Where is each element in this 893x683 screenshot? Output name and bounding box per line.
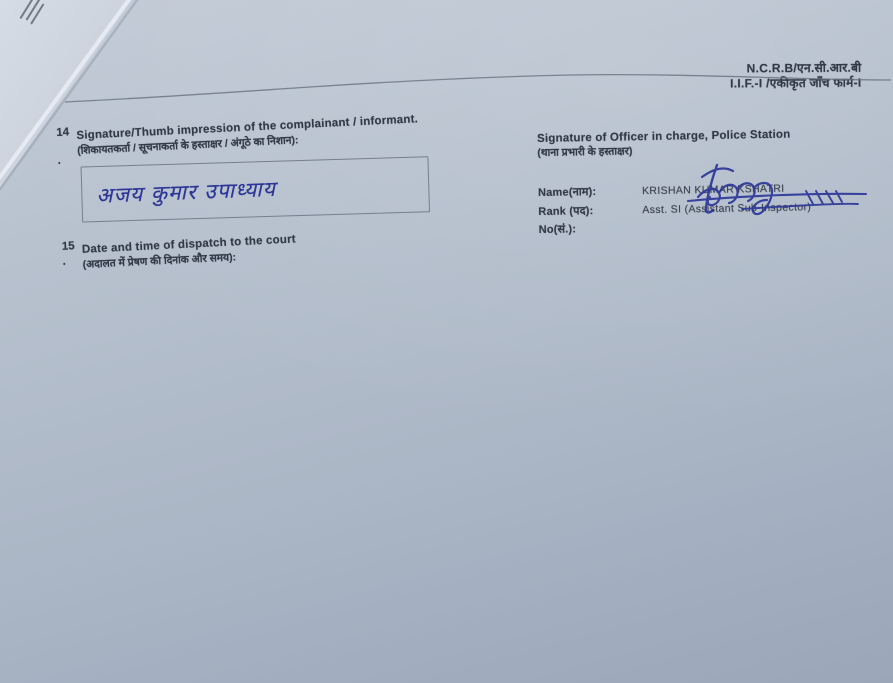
item-15-dot: .: [62, 255, 83, 269]
underlying-sheet-tiny-text: [16, 0, 57, 28]
rank-label: Rank (पद):: [538, 201, 642, 221]
form-header: N.C.R.B/एन.सी.आर.बी I.I.F.-I /एकीकृत जाँ…: [729, 61, 861, 92]
item-14-marker: 14 .: [56, 126, 78, 168]
rank-value: Asst. SI (Assistant Sub-Inspector): [642, 198, 811, 219]
complainant-column: 14 . Signature/Thumb impression of the c…: [56, 107, 473, 273]
scanned-fir-document-photo: N.C.R.B/एन.सी.आर.बी I.I.F.-I /एकीकृत जाँ…: [0, 0, 893, 683]
item-14-number: 14: [56, 126, 69, 139]
item-14: 14 . Signature/Thumb impression of the c…: [56, 107, 471, 241]
iif-form-line: I.I.F.-I /एकीकृत जाँच फार्म-I: [730, 76, 862, 92]
complainant-signature-handwriting: अजय कुमार उपाध्याय: [82, 173, 276, 210]
item-14-dot: .: [57, 154, 78, 168]
officer-fields: Name(नाम): KRISHAN KUMAR KSHATRI Rank (प…: [538, 178, 879, 239]
item-15-number: 15: [62, 240, 75, 253]
ink-and-lines-overlay: [0, 0, 893, 683]
name-label: Name(नाम):: [538, 182, 642, 202]
name-value: KRISHAN KUMAR KSHATRI: [642, 180, 785, 201]
complainant-signature-box: अजय कुमार उपाध्याय: [81, 156, 431, 222]
no-label: No(सं.):: [539, 219, 643, 239]
item-15-marker: 15 .: [62, 240, 83, 269]
ncrb-org-line: N.C.R.B/एन.सी.आर.बी: [729, 61, 861, 77]
officer-column: Signature of Officer in charge, Police S…: [537, 127, 879, 239]
